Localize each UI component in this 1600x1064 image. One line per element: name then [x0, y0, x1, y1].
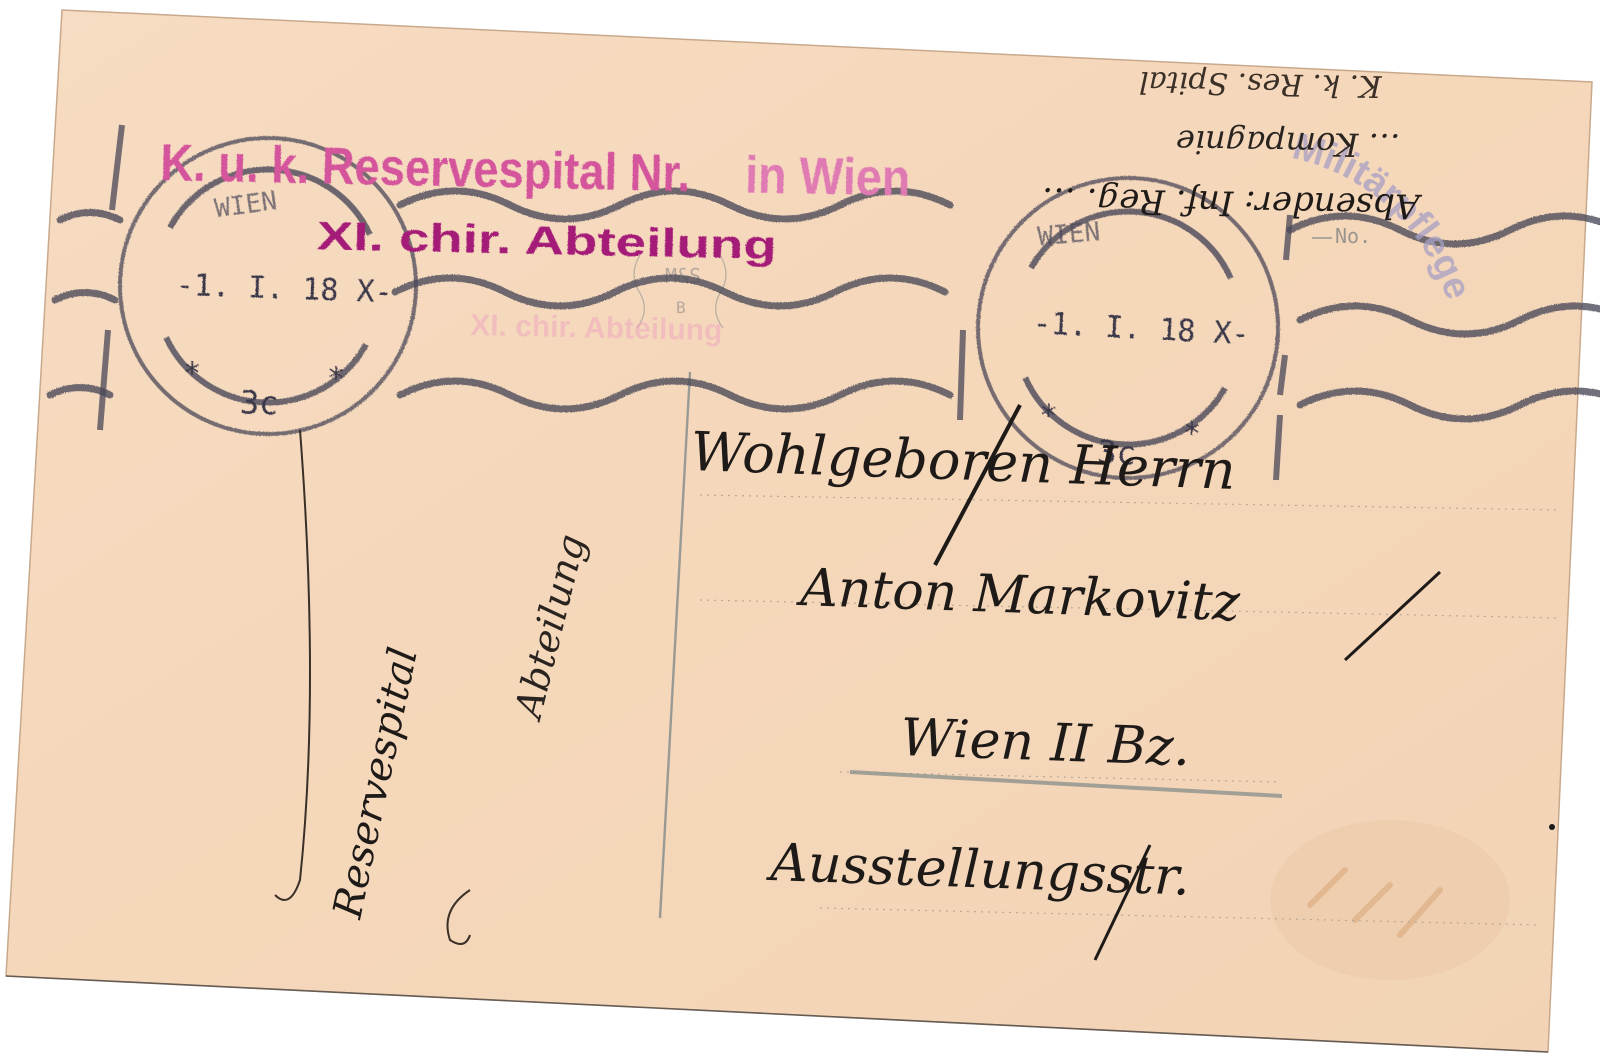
address-line3: Wien II Bz. — [900, 708, 1192, 778]
hospital-stamp-location: in Wien — [745, 146, 911, 207]
postcard: M&S B XI. chir. Abteilung — [0, 0, 1600, 1064]
svg-text:*: * — [1038, 399, 1058, 435]
svg-text:*: * — [326, 361, 345, 397]
hospital-stamp-line1: K. u. k. Reservespital Nr. — [160, 134, 691, 203]
svg-text:WIEN: WIEN — [1036, 217, 1101, 252]
svg-text:3c: 3c — [239, 383, 279, 422]
svg-text:*: * — [182, 356, 201, 392]
number-label: No. — [1335, 224, 1371, 248]
postcard-scan: M&S B XI. chir. Abteilung — [0, 0, 1600, 1064]
svg-text:K. k. Res. Spital: K. k. Res. Spital — [1139, 64, 1383, 103]
svg-text:… Kompagnie: … Kompagnie — [1176, 123, 1401, 165]
svg-text:Absender: Inf. Reg. …: Absender: Inf. Reg. … — [1042, 179, 1423, 226]
offset-stamp-text: XI. chir. Abteilung — [470, 309, 723, 347]
